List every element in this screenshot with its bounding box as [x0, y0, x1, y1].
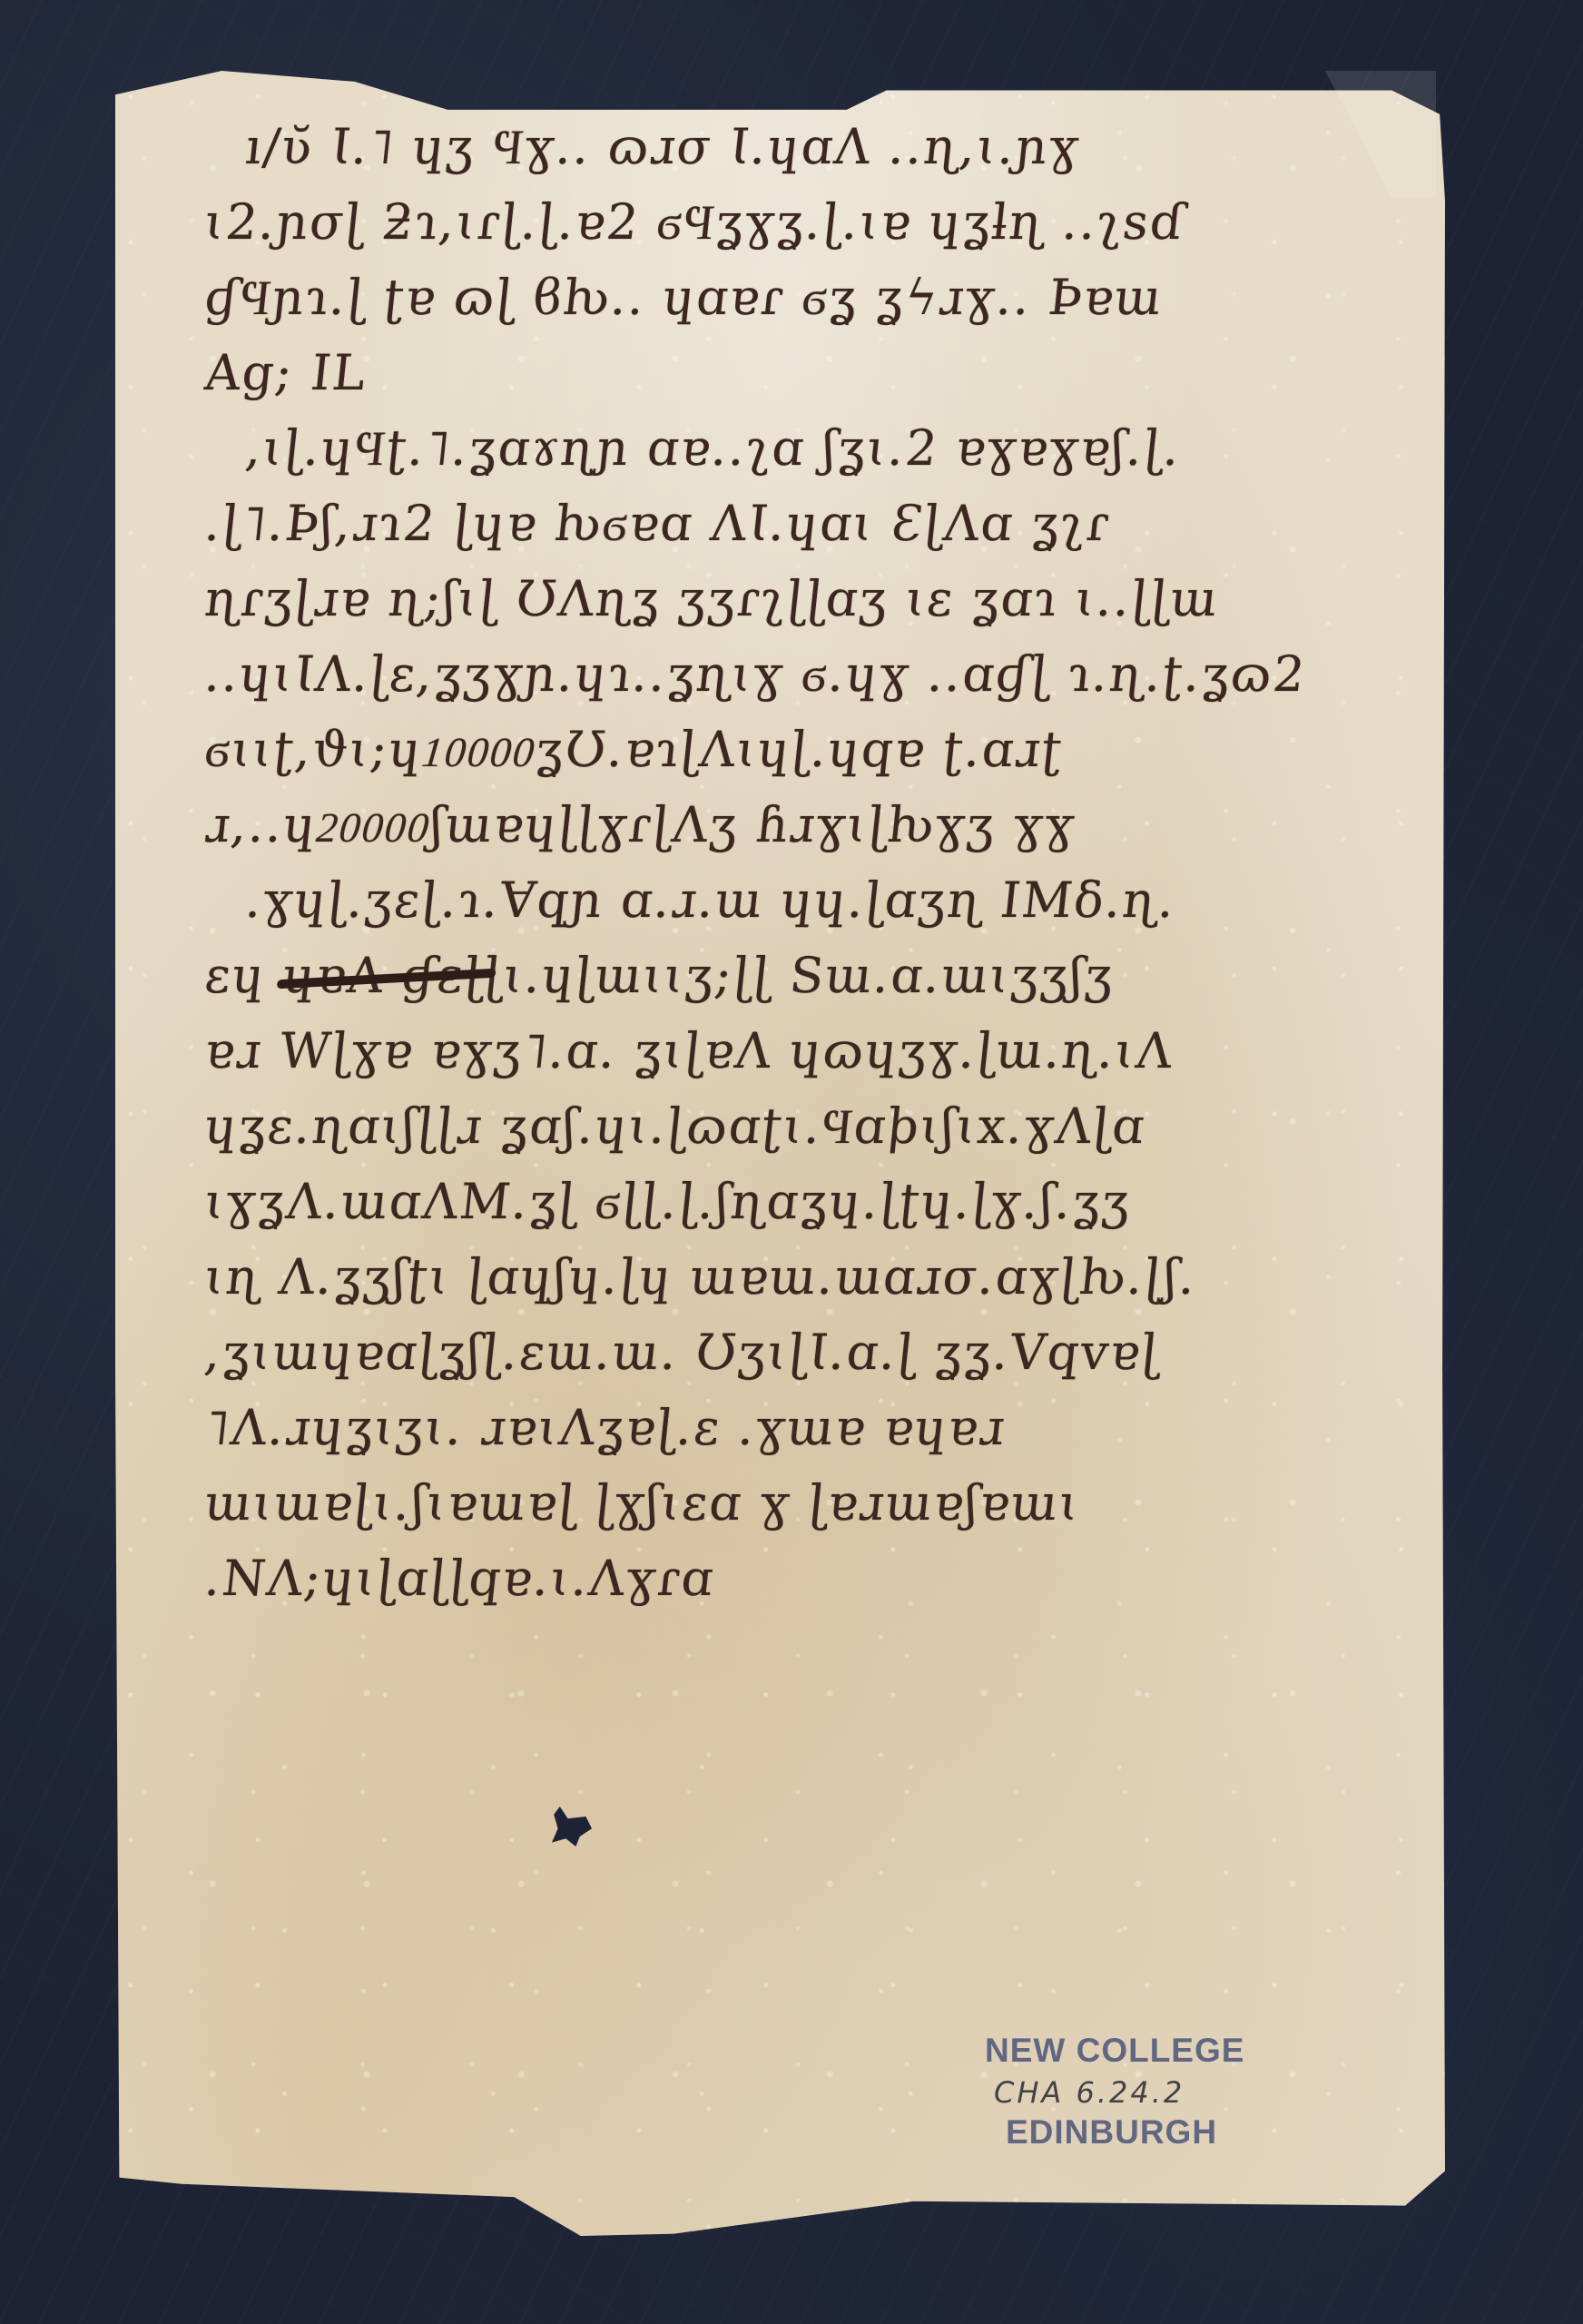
- text-line-16: ɩɳ Ʌ.ʓʒʃʈɩ ɭɑɥʃɥ.ɭɥ ɯɐɯ.ɯɑɹσ.ɑɣɭƕ.ɭʃ.: [201, 1248, 1425, 1324]
- text-line-6: .ɭ˥.Ϸʃ,ɹɿ2 ɭɥɐ ƕϭɐɑ ɅƖ.ɥɑɩ ƐɭɅɑ ʓʅɾ: [201, 495, 1425, 570]
- shorthand-text-block: ı/ʋ̆ Ɩ.˥ ɥʒ Ϥɣ.. ɷɹσ Ɩ.ɥɑɅ ..ɳ,ɩ.ɲɣ ɩ2.ɲ…: [204, 118, 1421, 1625]
- text-line-20: .NɅ;ɥɩɭɑɭɭqɐ.ɩ.Ʌɣɾɑ: [201, 1550, 1425, 1625]
- stamp-city: EDINBURGH: [1006, 2113, 1284, 2152]
- text-line-7: ɳɾʒɭɹɐ ɳ;ʃɩɭ ƱɅɳʓ ʒʒɾʅɭɭɑʒ ɩɛ ʓɑɿ ɩ..ɭɭɯ: [201, 570, 1425, 645]
- text-line-15: ɩɣʓɅ.ɯɑɅM.ʓɭ ϭɭɭ.ɭ.ʃɳɑʓɥ.ɭʈɥ.ɭɣ.ʃ.ʓʒ: [201, 1173, 1425, 1248]
- text-line-5: ,ɩɭ.ɥϤʈ.˥.ʓɑɤɳɲ ɑɐ..ʅɑ ʃʓɩ.2 ɐɣɐɣɐʃ.ɭ.: [201, 419, 1425, 495]
- text-line-1: ı/ʋ̆ Ɩ.˥ ɥʒ Ϥɣ.. ɷɹσ Ɩ.ɥɑɅ ..ɳ,ɩ.ɲɣ: [201, 118, 1425, 193]
- stamp-institution: NEW COLLEGE: [985, 2032, 1284, 2070]
- text-line-18: ˥Ʌ.ɹɥʓɩʒɩ. ɹɐɩɅʓɐɭ.ɛ .ɣɯɐ ɐɥɐɹ: [201, 1399, 1425, 1474]
- text-line-2: ɩ2.ɲσɭ ƻɿ,ɩɾɭ.ɭ.ɐ2 ϭϤʓɣʓ.ɭ.ɩɐ ɥʓƚɳ ..ʅsɗ: [201, 193, 1425, 269]
- numeral-10000: 10000: [419, 729, 537, 775]
- text-line-19: ɯɩɯɐɭɩ.ʃɩɐɯɐɭ ɭɣʃɩɛɑ ɣ ɭɐɹɯɐʃɐɯɩ: [201, 1474, 1425, 1550]
- text-line-9: ϭɩɩʈ,ϑɩ;ɥ10000ʓƱ.ɐɿɭɅɩɥɭ.ɥqɐ ʈ.ɑɹʈ: [201, 721, 1425, 796]
- shelfmark: CHA 6.24.2: [994, 2075, 1284, 2110]
- text-line-10: ɹ,..ɥ20000ʃɯɐɥɭɭɣɾɭɅʒ ɦɹɣɩɭƕɣʒ ɣɣ: [201, 796, 1425, 871]
- numeral-20000: 20000: [314, 804, 432, 851]
- text-line-17: ,ʓɩɯɥɐɑɭʓʃɭ.ɛɯ.ɯ. ƱʒɩɭƖ.ɑ.ɭ ʓʓ.Vqvɐɭ: [201, 1324, 1425, 1399]
- text-line-3: ɠϤɲɿ.ɭ ʈɐ ɷɭ ϐƕ.. ɥɑɐɾ ϭʓ ʓϟɹɣ.. Ϸɐɯ: [201, 269, 1425, 344]
- text-line-14: ɥʓɛ.ɳɑɩʃɭɭɹ ʓɑʃ.ɥɩ.ɭɷɑʈɩ.Ϥɑϸɩʃɩx.ɣɅɭɑ: [201, 1098, 1425, 1173]
- text-line-8: ..ɥɩƖɅ.ɭɛ,ʓʒɣɲ.ɥɿ..ʓɳɩɣ ϭ.ɥɣ ..ɑɠɭ ɿ.ɳ.ʈ…: [201, 645, 1425, 721]
- text-line-12-with-strikethrough: ɛɥ ɥɐɅ ɠɛɭɭɩ.ɥɭɯɩɩʒ;ɭɭ Sɯ.ɑ.ɯɩʒʒʃʒ: [201, 947, 1425, 1022]
- text-line-13: ɐɹ Wɭɣɐ ɐɣʒ˥.ɑ. ʓɩɭɐɅ ɥɷɥʒɣ.ɭɯ.ɳ.ɩɅ: [201, 1022, 1425, 1098]
- text-line-4: Ag; IL: [201, 344, 1425, 419]
- library-stamp: NEW COLLEGE CHA 6.24.2 EDINBURGH: [985, 2032, 1284, 2152]
- text-line-11: .ɣɥɭ.ʒɛɭ.ɿ.Ɐqɲ ɑ.ɹ.ɯ ɥɥ.ɭɑʒɳ IMδ.ɳ.: [201, 871, 1425, 947]
